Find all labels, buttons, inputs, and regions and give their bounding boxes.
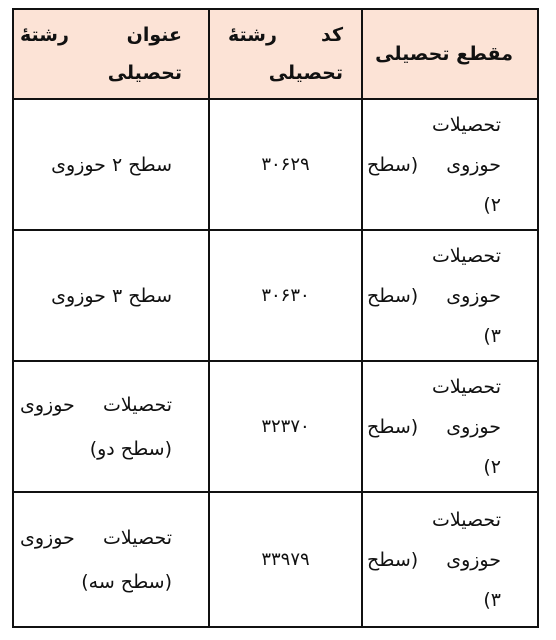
level-line: ۲) bbox=[367, 185, 501, 225]
header-field-code: کد رشتهٔ تحصیلی bbox=[209, 9, 362, 99]
header-education-level: مقطع تحصیلی bbox=[362, 9, 538, 99]
cell-field-title: تحصیلات حوزوی (سطح سه) bbox=[13, 492, 209, 627]
title-line: سطح ۲ حوزوی bbox=[20, 143, 172, 187]
header-education-level-label: مقطع تحصیلی bbox=[375, 43, 513, 65]
cell-field-title: سطح ۲ حوزوی bbox=[13, 99, 209, 230]
header-field-code-line2: تحصیلی bbox=[228, 54, 343, 92]
level-line: ۳) bbox=[367, 316, 501, 356]
table-row: تحصیلات حوزوی (سطح ۳) ۳۳۹۷۹ تحصیلات حوزو… bbox=[13, 492, 538, 627]
level-line: حوزوی (سطح bbox=[367, 407, 501, 447]
title-line: تحصیلات حوزوی bbox=[20, 516, 172, 560]
table-row: تحصیلات حوزوی (سطح ۳) ۳۰۶۳۰ سطح ۳ حوزوی bbox=[13, 230, 538, 361]
seminary-fields-table: مقطع تحصیلی کد رشتهٔ تحصیلی عنوان رشتهٔ … bbox=[12, 8, 539, 628]
cell-field-code: ۳۲۳۷۰ bbox=[209, 361, 362, 492]
cell-education-level: تحصیلات حوزوی (سطح ۲) bbox=[362, 361, 538, 492]
level-line: حوزوی (سطح bbox=[367, 540, 501, 580]
cell-field-code: ۳۰۶۳۰ bbox=[209, 230, 362, 361]
cell-education-level: تحصیلات حوزوی (سطح ۲) bbox=[362, 99, 538, 230]
cell-field-code: ۳۳۹۷۹ bbox=[209, 492, 362, 627]
table-row: تحصیلات حوزوی (سطح ۲) ۳۰۶۲۹ سطح ۲ حوزوی bbox=[13, 99, 538, 230]
header-field-title-line2: تحصیلی bbox=[20, 54, 182, 92]
table-header-row: مقطع تحصیلی کد رشتهٔ تحصیلی عنوان رشتهٔ … bbox=[13, 9, 538, 99]
cell-field-code: ۳۰۶۲۹ bbox=[209, 99, 362, 230]
level-line: ۳) bbox=[367, 580, 501, 620]
level-line: تحصیلات bbox=[367, 367, 501, 407]
cell-field-title: سطح ۳ حوزوی bbox=[13, 230, 209, 361]
header-field-code-line1: کد رشتهٔ bbox=[228, 16, 343, 54]
header-field-title-line1: عنوان رشتهٔ bbox=[20, 16, 182, 54]
level-line: ۲) bbox=[367, 447, 501, 487]
level-line: حوزوی (سطح bbox=[367, 276, 501, 316]
level-line: تحصیلات bbox=[367, 105, 501, 145]
table-row: تحصیلات حوزوی (سطح ۲) ۳۲۳۷۰ تحصیلات حوزو… bbox=[13, 361, 538, 492]
cell-field-title: تحصیلات حوزوی (سطح دو) bbox=[13, 361, 209, 492]
title-line: سطح ۳ حوزوی bbox=[20, 274, 172, 318]
header-field-title: عنوان رشتهٔ تحصیلی bbox=[13, 9, 209, 99]
level-line: حوزوی (سطح bbox=[367, 145, 501, 185]
title-line: (سطح سه) bbox=[20, 560, 172, 604]
cell-education-level: تحصیلات حوزوی (سطح ۳) bbox=[362, 230, 538, 361]
level-line: تحصیلات bbox=[367, 236, 501, 276]
title-line: (سطح دو) bbox=[20, 427, 172, 471]
title-line: تحصیلات حوزوی bbox=[20, 383, 172, 427]
cell-education-level: تحصیلات حوزوی (سطح ۳) bbox=[362, 492, 538, 627]
level-line: تحصیلات bbox=[367, 500, 501, 540]
